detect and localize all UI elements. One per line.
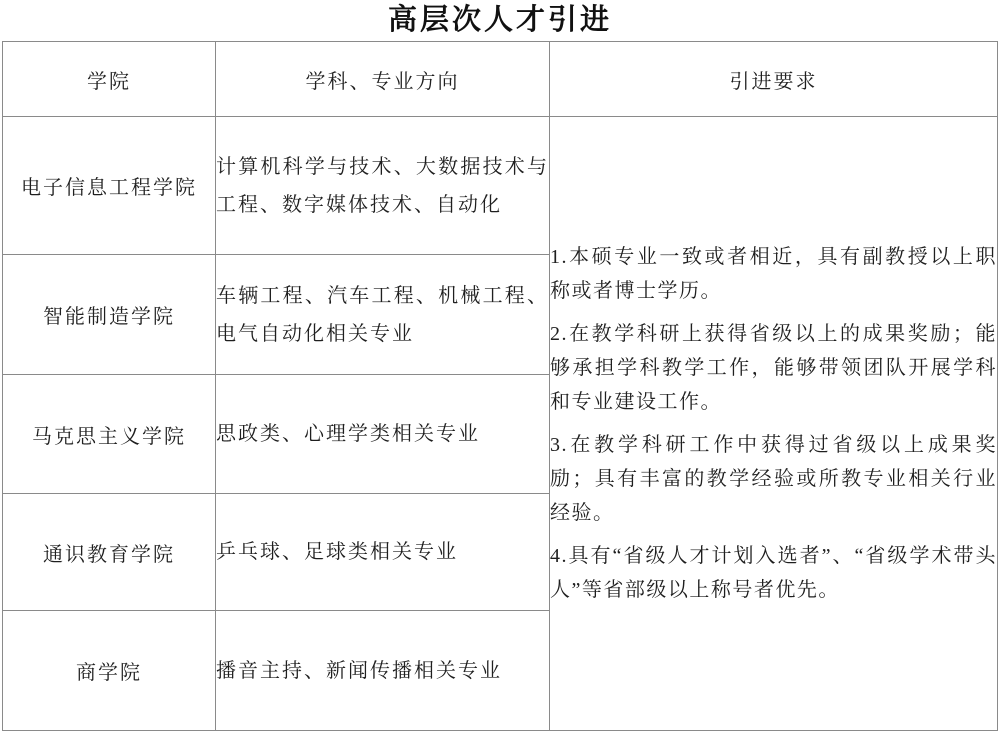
- college-cell: 通识教育学院: [3, 494, 216, 611]
- majors-cell: 思政类、心理学类相关专业: [216, 375, 550, 494]
- document-page: 高层次人才引进 学院 学科、专业方向 引进要求 电子信息工程学院 计算机科学与技…: [0, 0, 1000, 737]
- requirement-item: 4.具有“省级人才计划入选者”、“省级学术带头人”等省部级以上称号者优先。: [550, 539, 997, 607]
- college-cell: 智能制造学院: [3, 255, 216, 375]
- page-title: 高层次人才引进: [0, 0, 1000, 41]
- table-header-row: 学院 学科、专业方向 引进要求: [3, 42, 998, 117]
- requirement-item: 3.在教学科研工作中获得过省级以上成果奖励；具有丰富的教学经验或所教专业相关行业…: [550, 428, 997, 530]
- majors-cell: 播音主持、新闻传播相关专业: [216, 611, 550, 731]
- talent-recruitment-table: 学院 学科、专业方向 引进要求 电子信息工程学院 计算机科学与技术、大数据技术与…: [2, 41, 998, 731]
- requirements-cell: 1.本硕专业一致或者相近，具有副教授以上职称或者博士学历。 2.在教学科研上获得…: [550, 117, 998, 731]
- majors-cell: 乒乓球、足球类相关专业: [216, 494, 550, 611]
- college-cell: 商学院: [3, 611, 216, 731]
- table-row: 电子信息工程学院 计算机科学与技术、大数据技术与工程、数字媒体技术、自动化 1.…: [3, 117, 998, 255]
- majors-cell: 计算机科学与技术、大数据技术与工程、数字媒体技术、自动化: [216, 117, 550, 255]
- majors-cell: 车辆工程、汽车工程、机械工程、电气自动化相关专业: [216, 255, 550, 375]
- header-college: 学院: [3, 42, 216, 117]
- college-cell: 电子信息工程学院: [3, 117, 216, 255]
- college-cell: 马克思主义学院: [3, 375, 216, 494]
- requirement-item: 2.在教学科研上获得省级以上的成果奖励；能够承担学科教学工作，能够带领团队开展学…: [550, 317, 997, 419]
- requirement-item: 1.本硕专业一致或者相近，具有副教授以上职称或者博士学历。: [550, 240, 997, 308]
- header-majors: 学科、专业方向: [216, 42, 550, 117]
- header-requirements: 引进要求: [550, 42, 998, 117]
